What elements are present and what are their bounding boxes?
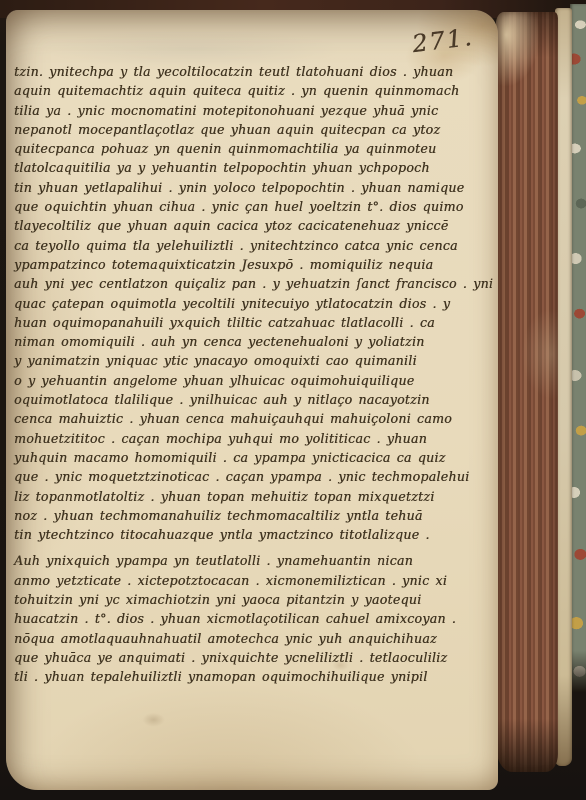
page-number: 271. [411,22,484,58]
text-line: yuhquin macamo homomiquili . ca ypampa y… [14,448,460,467]
manuscript-photo: 271. tzin. ynitechpa y tla yecoltilocatz… [0,0,586,800]
text-line: o y yehuantin angelome yhuan ylhuicac oq… [14,371,460,390]
text-line: liz topanmotlatoltiz . yhuan topan mehui… [14,487,460,506]
text-line: mohuetzititoc . caçan mochipa yuhqui mo … [14,429,460,448]
text-line: anmo yetzticate . xictepotztocacan . xic… [14,571,460,590]
text-line: nepanotl mocepantlaçotlaz que yhuan aqui… [14,120,460,139]
text-line: nōqua amotlaquauhnahuatil amotechca ynic… [14,629,460,648]
text-line: tzin. ynitechpa y tla yecoltilocatzin te… [14,62,460,81]
text-line: huacatzin . t°. dios . yhuan xicmotlaçot… [14,609,460,628]
text-line: que oquichtin yhuan cihua . ynic çan hue… [14,197,460,216]
text-line: noz . yhuan techmomanahuiliz techmomacal… [14,506,460,525]
text-line: tin yhuan yetlapalihui . ynin yoloco tel… [14,178,460,197]
manuscript-text: tzin. ynitechpa y tla yecoltilocatzin te… [14,62,460,687]
text-line: quitecpanca pohuaz yn quenin quinmomacht… [14,139,460,158]
text-line: auh yni yec centlatzon quiçaliz pan . y … [14,274,460,293]
text-line-paragraph-start: Auh ynixquich ypampa yn teutlatolli . yn… [14,551,460,570]
text-line: que yhuāca ye anquimati . ynixquichte yc… [14,648,460,667]
text-line: oquimotlatoca tlalilique . ynilhuicac au… [14,390,460,409]
text-line: tlayecoltiliz que yhuan aquin cacica yto… [14,216,460,235]
text-line: quac çatepan oquimotla yecoltili ynitecu… [14,294,460,313]
text-line: niman omomiquili . auh yn cenca yecteneh… [14,332,460,351]
text-line: huan oquimopanahuili yxquich tliltic cat… [14,313,460,332]
text-line: tohuitzin yni yc ximachiotzin yni yaoca … [14,590,460,609]
book-fore-edge [496,12,558,772]
text-line: aquin quitemachtiz aquin quiteca quitiz … [14,81,460,100]
text-line: ypampatzinco totemaquixticatzin Jesuxpō … [14,255,460,274]
text-line: tin ytechtzinco titocahuazque yntla ymac… [14,525,460,544]
marbled-endpaper [570,4,586,692]
text-line: cenca mahuiztic . yhuan cenca mahuiçauhq… [14,409,460,428]
text-line: tilia ya . ynic mocnomatini motepitonohu… [14,101,460,120]
text-line: tli . yhuan tepalehuiliztli ynamopan oqu… [14,667,460,686]
manuscript-page: 271. tzin. ynitechpa y tla yecoltilocatz… [6,10,498,790]
text-line: tlatolcaquitilia ya y yehuantin telpopoc… [14,158,460,177]
text-line: y yanimatzin yniquac ytic ynacayo omoqui… [14,351,460,370]
text-line: ca teyollo quima tla yelehuiliztli . yni… [14,236,460,255]
text-line: que . ynic moquetztzinoticac . caçan ypa… [14,467,460,486]
